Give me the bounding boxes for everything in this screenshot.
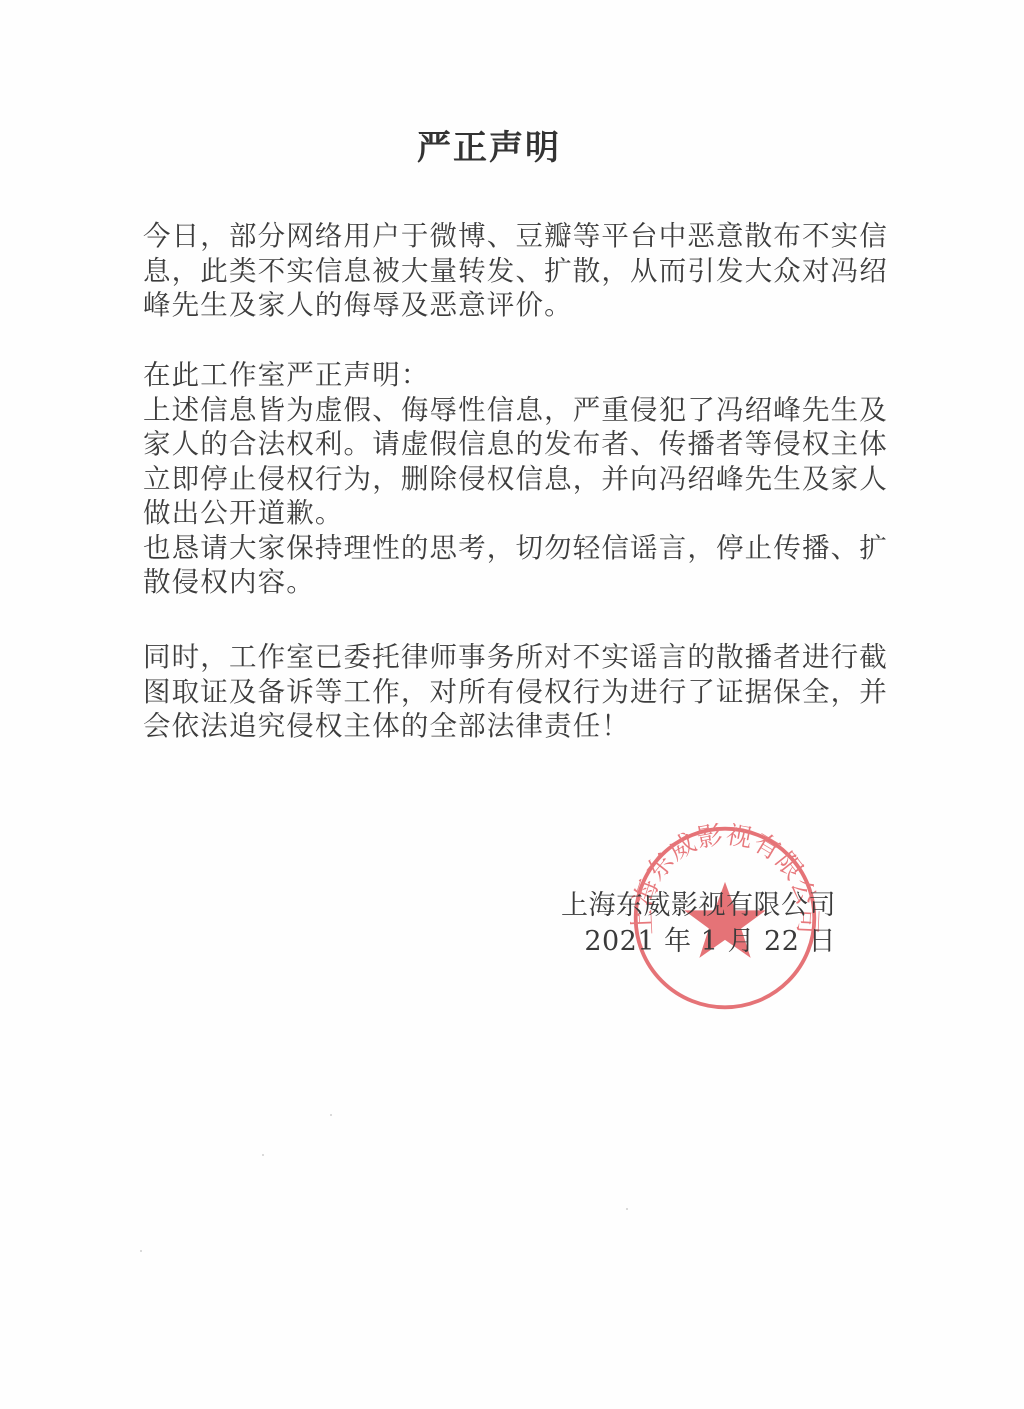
company-name: 上海东威影视有限公司 (561, 888, 836, 924)
paragraph-3: 同时，工作室已委托律师事务所对不实谣言的散播者进行截 图取证及备诉等工作，对所有… (143, 640, 843, 744)
text-line: 立即停止侵权行为，删除侵权信息，并向冯绍峰先生及家人 (143, 462, 843, 497)
text-line: 散侵权内容。 (143, 565, 843, 600)
signature-date: 2021 年 1 月 22 日 (561, 924, 836, 960)
scan-speck (330, 1114, 332, 1116)
text-line: 图取证及备诉等工作，对所有侵权行为进行了证据保全，并 (143, 675, 843, 710)
text-line: 今日，部分网络用户于微博、豆瓣等平台中恶意散布不实信 (143, 219, 843, 254)
scan-speck (140, 1250, 142, 1252)
text-line: 家人的合法权利。请虚假信息的发布者、传播者等侵权主体 (143, 427, 843, 462)
text-line: 息，此类不实信息被大量转发、扩散，从而引发大众对冯绍 (143, 254, 843, 289)
paragraph-2: 在此工作室严正声明： 上述信息皆为虚假、侮辱性信息，严重侵犯了冯绍峰先生及 家人… (143, 358, 843, 600)
signature-block: 上海东威影视有限公司 2021 年 1 月 22 日 (561, 888, 836, 960)
text-line: 峰先生及家人的侮辱及恶意评价。 (143, 288, 843, 323)
paragraph-1: 今日，部分网络用户于微博、豆瓣等平台中恶意散布不实信 息，此类不实信息被大量转发… (143, 219, 843, 323)
document-page: 严正声明 今日，部分网络用户于微博、豆瓣等平台中恶意散布不实信 息，此类不实信息… (0, 0, 1024, 1409)
text-line: 在此工作室严正声明： (143, 358, 843, 393)
text-line: 同时，工作室已委托律师事务所对不实谣言的散播者进行截 (143, 640, 843, 675)
text-line: 也恳请大家保持理性的思考，切勿轻信谣言，停止传播、扩 (143, 531, 843, 566)
document-title: 严正声明 (0, 124, 978, 172)
scan-speck (262, 1154, 264, 1156)
scan-speck (626, 1208, 628, 1210)
text-line: 会依法追究侵权主体的全部法律责任！ (143, 709, 843, 744)
text-line: 做出公开道歉。 (143, 496, 843, 531)
text-line: 上述信息皆为虚假、侮辱性信息，严重侵犯了冯绍峰先生及 (143, 393, 843, 428)
